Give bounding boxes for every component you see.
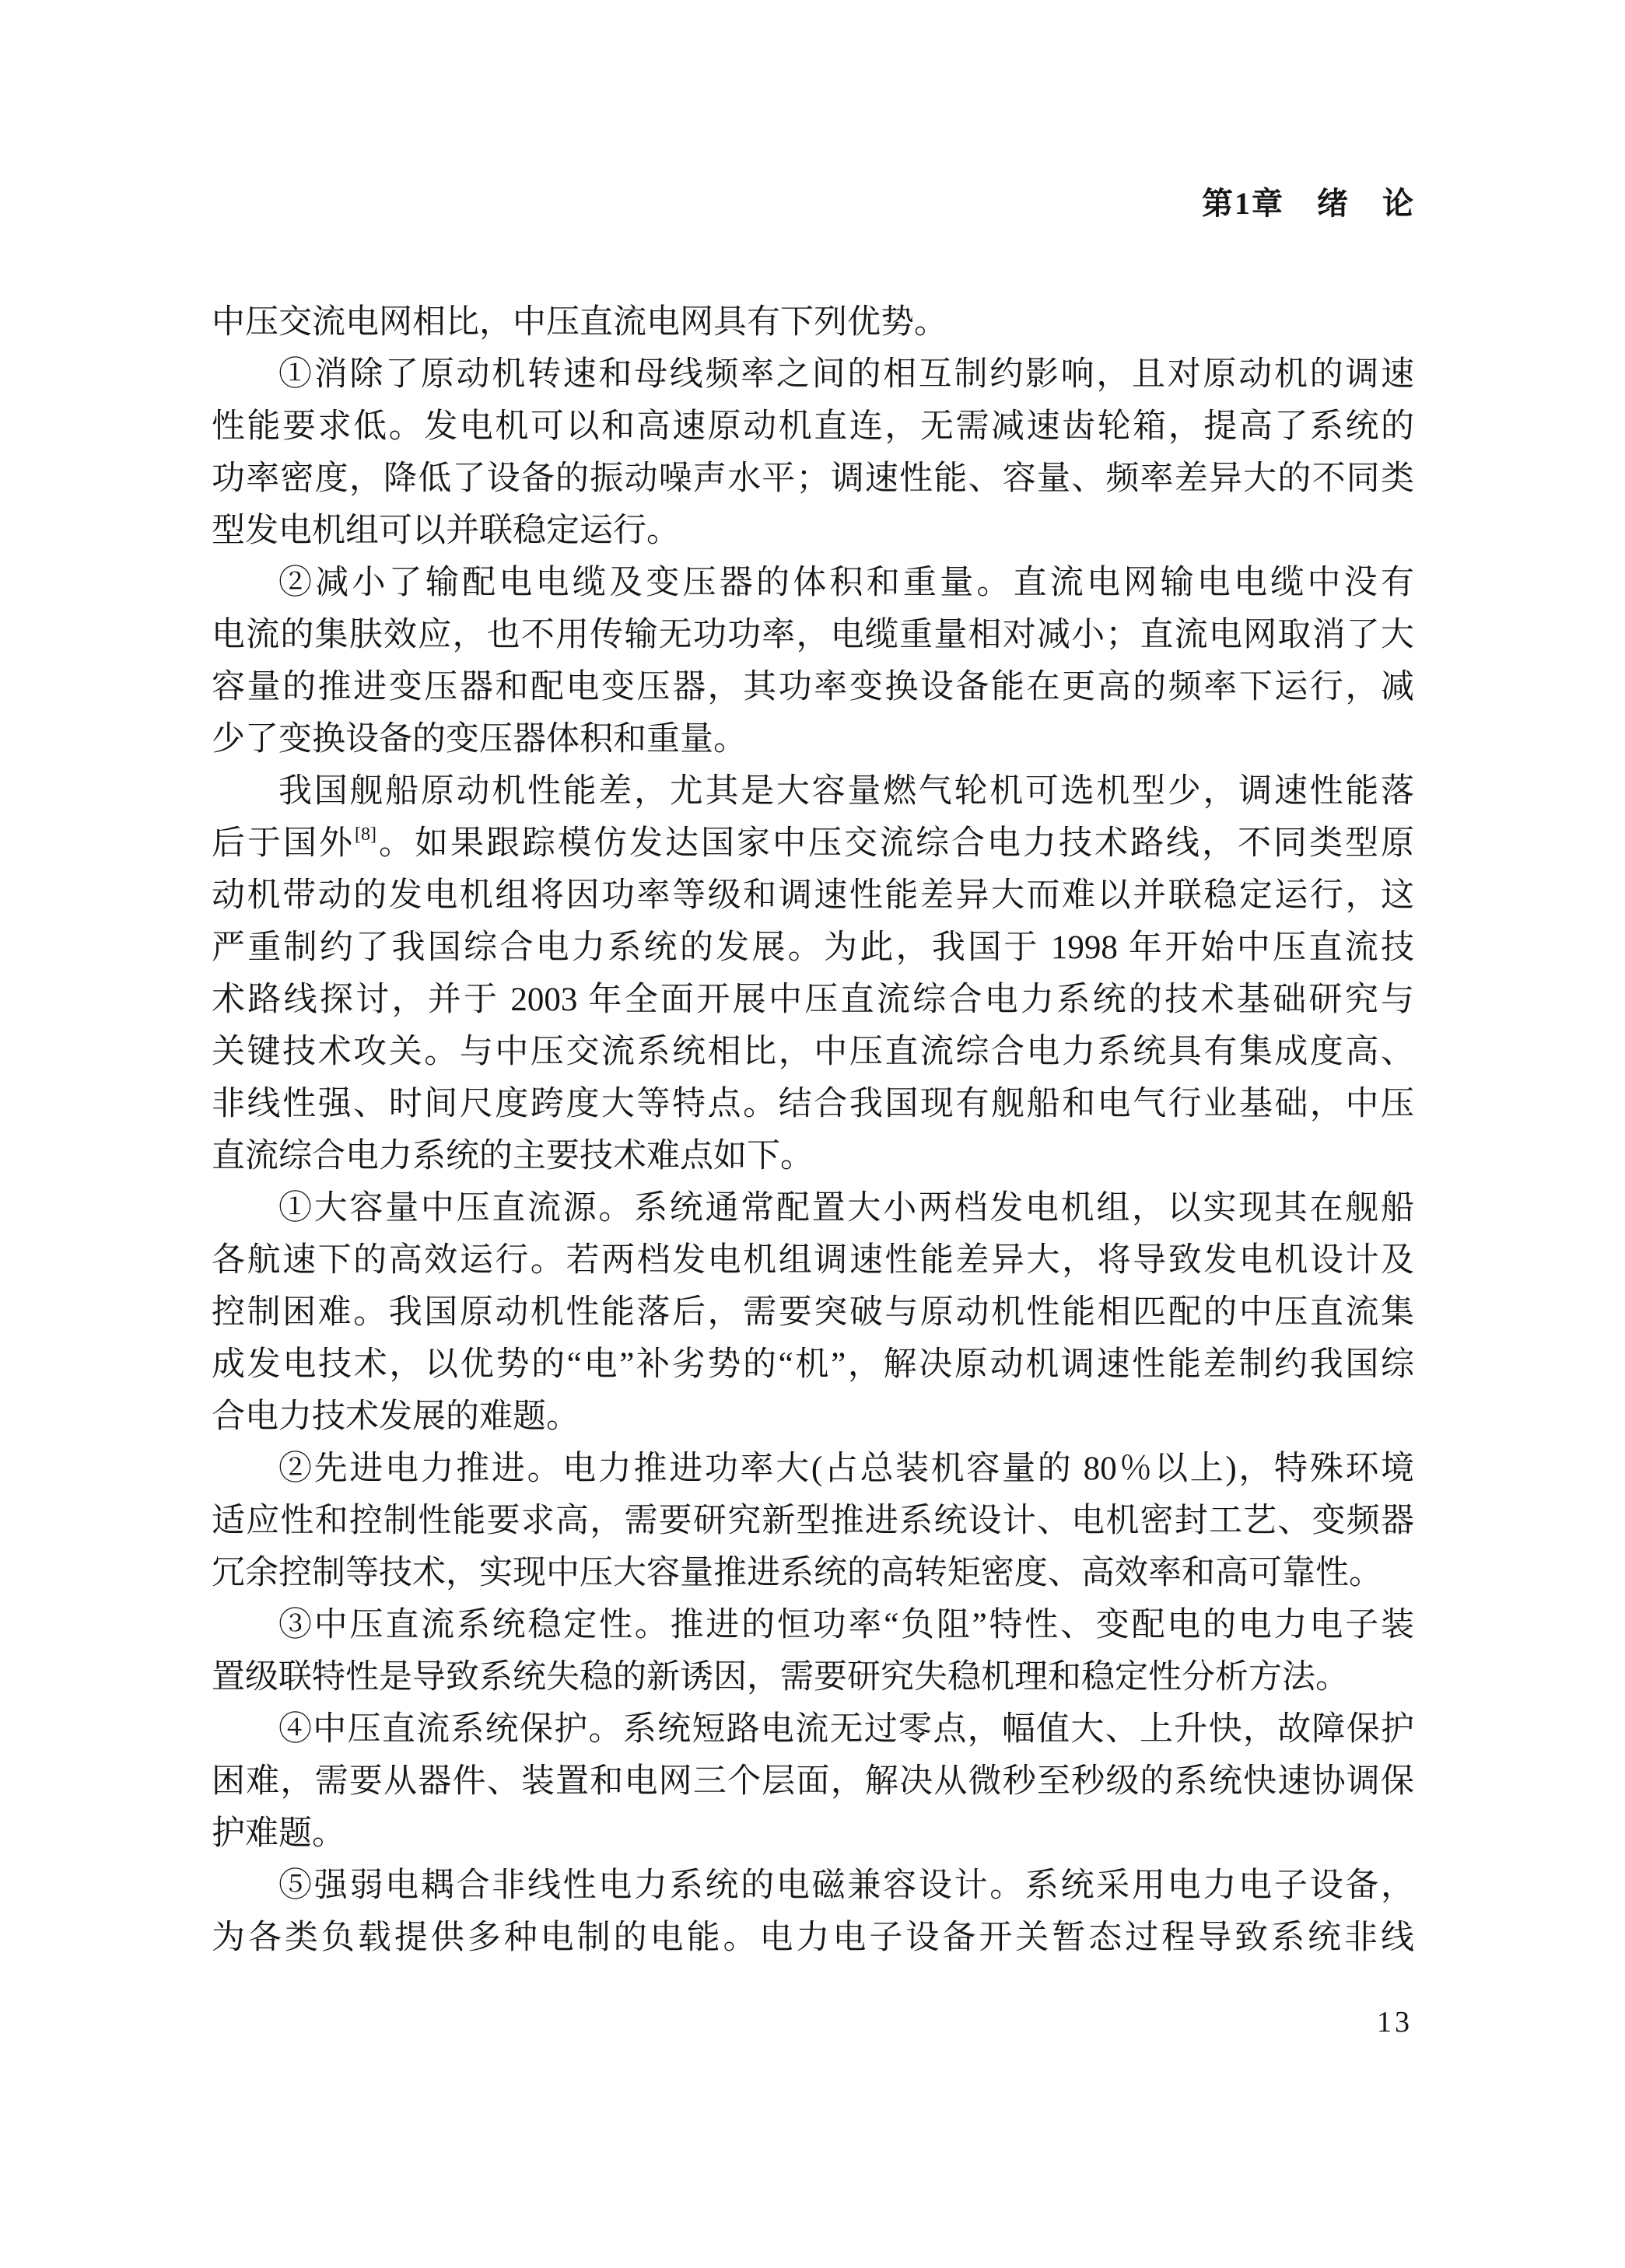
text-line: 我国舰船原动机性能差，尤其是大容量燃气轮机可选机型少，调速性能落 (212, 765, 1414, 817)
text-line: 控制困难。我国原动机性能落后，需要突破与原动机性能相匹配的中压直流集 (212, 1286, 1414, 1339)
text-line: ③中压直流系统稳定性。推进的恒功率“负阻”特性、变配电的电力电子装 (212, 1599, 1414, 1651)
text-line: 非线性强、时间尺度跨度大等特点。结合我国现有舰船和电气行业基础，中压 (212, 1078, 1414, 1130)
text-line: 适应性和控制性能要求高，需要研究新型推进系统设计、电机密封工艺、变频器 (212, 1495, 1414, 1547)
text-line: 动机带动的发电机组将因功率等级和调速性能差异大而难以并联稳定运行，这 (212, 870, 1414, 922)
running-header: 第1章 绪 论 (1202, 179, 1415, 223)
text-line: 直流综合电力系统的主要技术难点如下。 (212, 1130, 1414, 1182)
page-number: 13 (1377, 2005, 1413, 2039)
text-line: 困难，需要从器件、装置和电网三个层面，解决从微秒至秒级的系统快速协调保 (212, 1755, 1414, 1808)
text-line: ⑤强弱电耦合非线性电力系统的电磁兼容设计。系统采用电力电子设备， (212, 1860, 1414, 1912)
text-line: ①消除了原动机转速和母线频率之间的相互制约影响，且对原动机的调速 (212, 348, 1414, 401)
text-line: 中压交流电网相比，中压直流电网具有下列优势。 (212, 296, 1414, 348)
text-line: 置级联特性是导致系统失稳的新诱因，需要研究失稳机理和稳定性分析方法。 (212, 1651, 1414, 1703)
text-line: 电流的集肤效应，也不用传输无功功率，电缆重量相对减小；直流电网取消了大 (212, 609, 1414, 661)
text-segment: 后于国外 (212, 825, 355, 862)
text-line: 各航速下的高效运行。若两档发电机组调速性能差异大，将导致发电机设计及 (212, 1234, 1414, 1286)
text-line: 护难题。 (212, 1808, 1414, 1860)
text-line: 少了变换设备的变压器体积和重量。 (212, 713, 1414, 765)
text-line: ②减小了输配电电缆及变压器的体积和重量。直流电网输电电缆中没有 (212, 557, 1414, 609)
text-line: 术路线探讨，并于 2003 年全面开展中压直流综合电力系统的技术基础研究与 (212, 974, 1414, 1026)
text-line: 合电力技术发展的难题。 (212, 1391, 1414, 1443)
text-line: ①大容量中压直流源。系统通常配置大小两档发电机组，以实现其在舰船 (212, 1182, 1414, 1234)
book-page: 第1章 绪 论 中压交流电网相比，中压直流电网具有下列优势。①消除了原动机转速和… (0, 0, 1625, 2268)
text-line: 型发电机组可以并联稳定运行。 (212, 505, 1414, 557)
text-line: ②先进电力推进。电力推进功率大(占总装机容量的 80％以上)，特殊环境 (212, 1443, 1414, 1495)
text-line: 成发电技术，以优势的“电”补劣势的“机”，解决原动机调速性能差制约我国综 (212, 1339, 1414, 1391)
text-line: 关键技术攻关。与中压交流系统相比，中压直流综合电力系统具有集成度高、 (212, 1026, 1414, 1078)
text-segment: 。如果跟踪模仿发达国家中压交流综合电力技术路线，不同类型原 (376, 825, 1414, 862)
text-line: 严重制约了我国综合电力系统的发展。为此，我国于 1998 年开始中压直流技 (212, 922, 1414, 974)
footnote-ref: [8] (355, 824, 376, 845)
text-line: ④中压直流系统保护。系统短路电流无过零点，幅值大、上升快，故障保护 (212, 1703, 1414, 1755)
text-line: 冗余控制等技术，实现中压大容量推进系统的高转矩密度、高效率和高可靠性。 (212, 1547, 1414, 1599)
text-line: 为各类负载提供多种电制的电能。电力电子设备开关暂态过程导致系统非线 (212, 1912, 1414, 1964)
text-line: 后于国外[8]。如果跟踪模仿发达国家中压交流综合电力技术路线，不同类型原 (212, 817, 1414, 870)
text-line: 性能要求低。发电机可以和高速原动机直连，无需减速齿轮箱，提高了系统的 (212, 401, 1414, 453)
text-line: 功率密度，降低了设备的振动噪声水平；调速性能、容量、频率差异大的不同类 (212, 453, 1414, 505)
text-line: 容量的推进变压器和配电变压器，其功率变换设备能在更高的频率下运行，减 (212, 661, 1414, 713)
text-block: 中压交流电网相比，中压直流电网具有下列优势。①消除了原动机转速和母线频率之间的相… (212, 296, 1414, 1964)
